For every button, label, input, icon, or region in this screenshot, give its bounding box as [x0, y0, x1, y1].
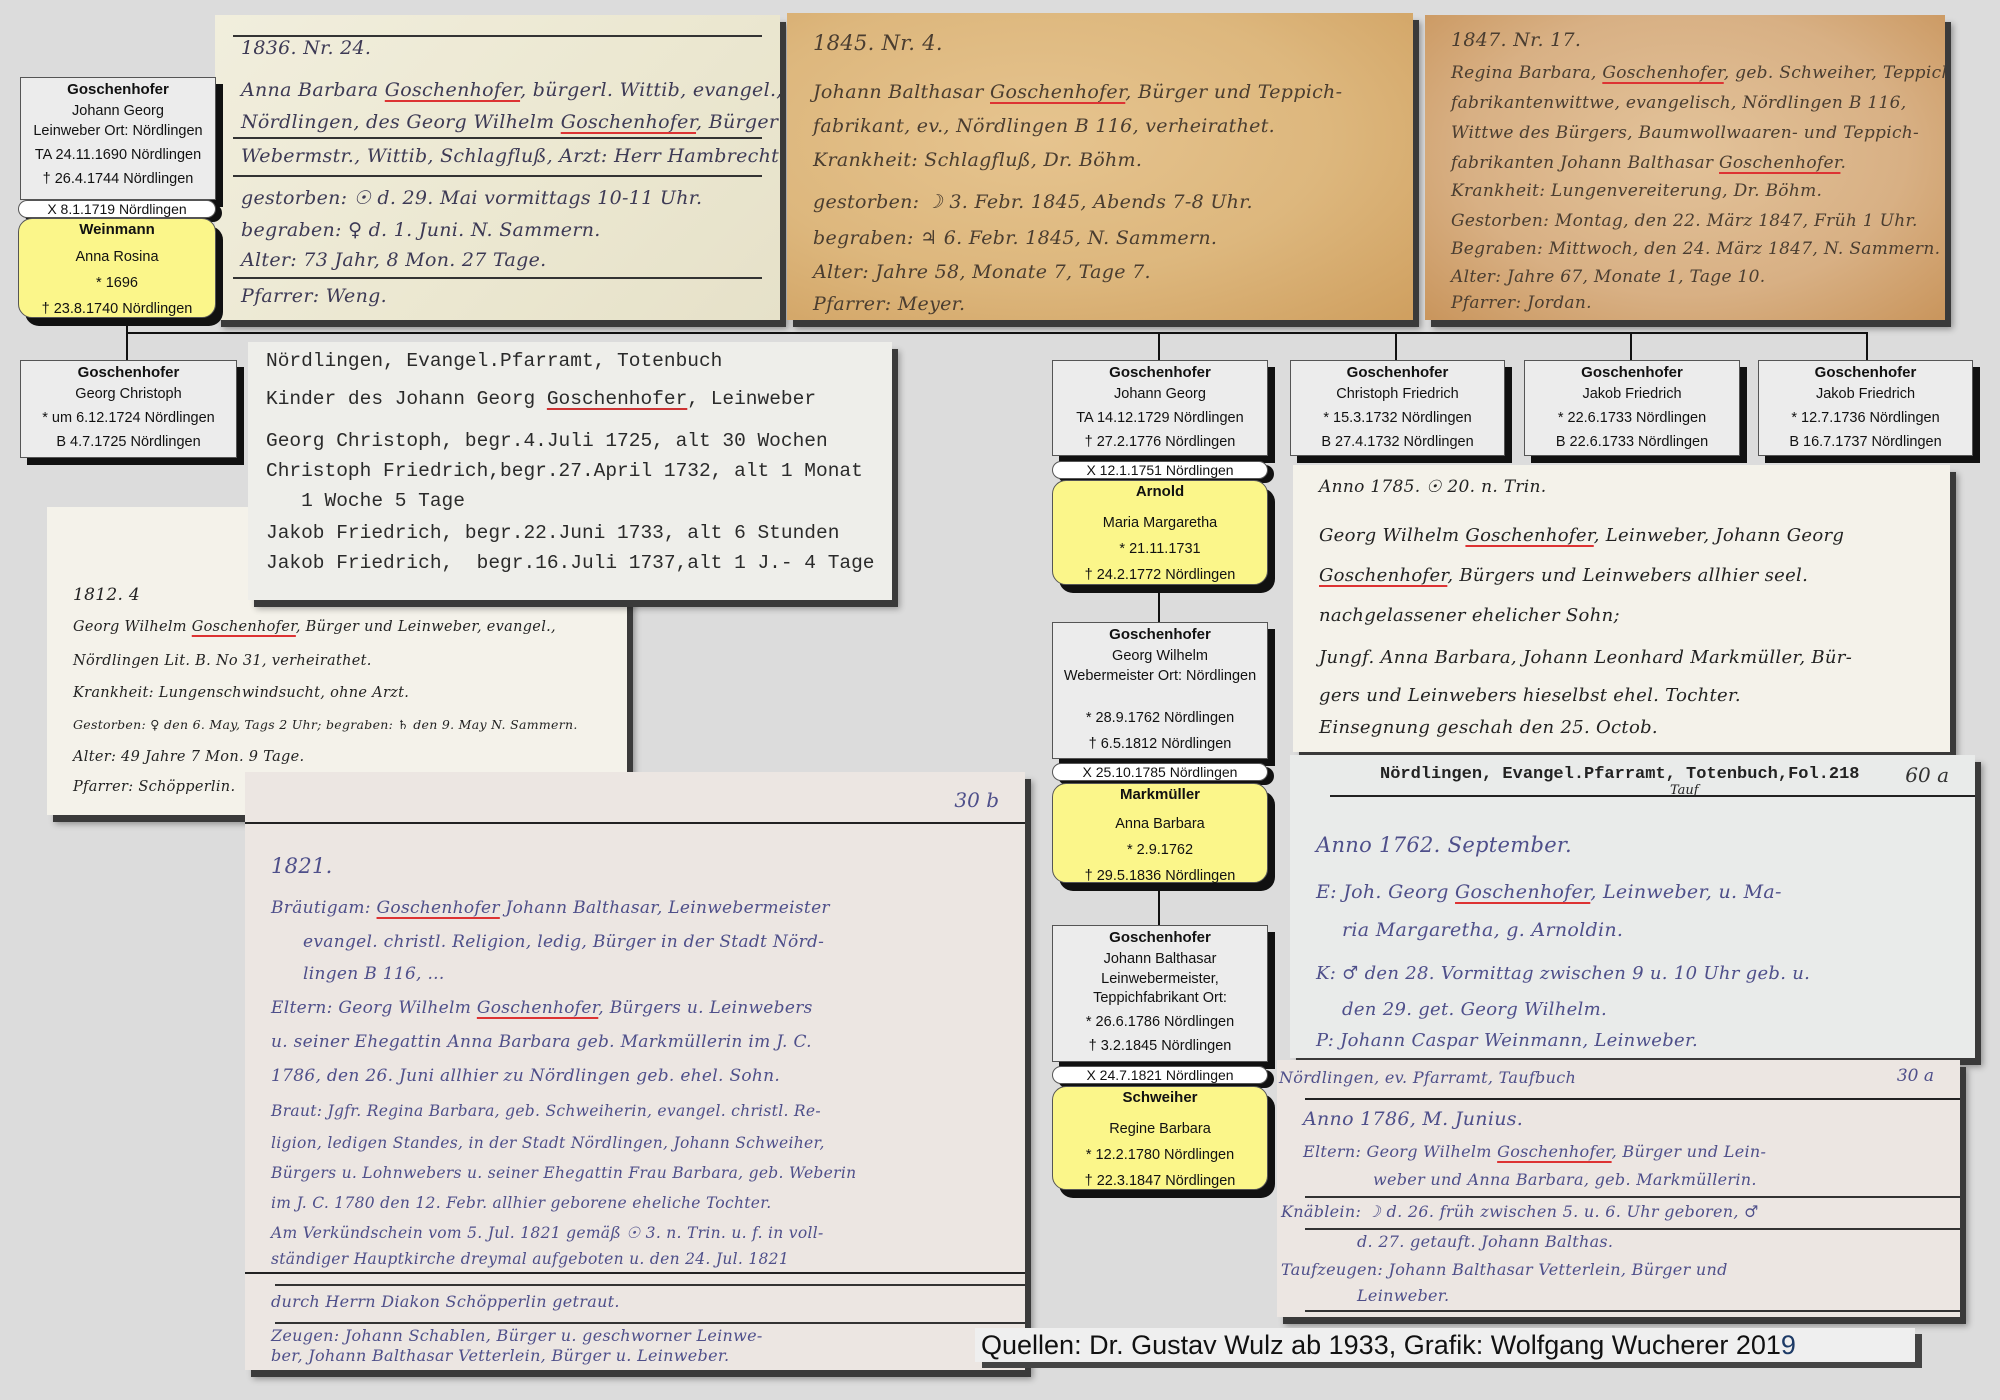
marriage-1821: X 24.7.1821 Nördlingen [1052, 1066, 1268, 1084]
person-johann-georg-1729[interactable]: Goschenhofer Johann Georg TA 14.12.1729 … [1052, 360, 1268, 456]
person-jakob-friedrich-1733[interactable]: Goschenhofer Jakob Friedrich * 22.6.1733… [1524, 360, 1740, 456]
spouse-markmueller-anna-barbara[interactable]: Markmüller Anna Barbara * 2.9.1762 † 29.… [1052, 783, 1268, 883]
document-1762-baptism-record: Nördlingen, Evangel.Pfarramt, Totenbuch,… [1290, 755, 1975, 1058]
person-johann-balthasar[interactable]: Goschenhofer Johann Balthasar Leinweberm… [1052, 925, 1268, 1062]
underlined-surname: Goschenhofer [385, 79, 520, 101]
doc-header: 1836. Nr. 24. [215, 37, 780, 59]
document-1785-marriage-record: Anno 1785. ☉ 20. n. Trin. Georg Wilhelm … [1293, 465, 1950, 752]
document-1836-death-record: 1836. Nr. 24. Anna Barbara Goschenhofer,… [215, 15, 780, 320]
typed-line-prefix: Kinder des Johann Georg [266, 388, 547, 410]
underlined-surname: Goschenhofer [1455, 881, 1590, 903]
underlined-surname: Goschenhofer [1497, 1142, 1611, 1161]
document-1845-death-record: 1845. Nr. 4. Johann Balthasar Goschenhof… [787, 13, 1413, 320]
person-georg-christoph[interactable]: Goschenhofer Georg Christoph * um 6.12.1… [20, 360, 237, 458]
marriage-1751: X 12.1.1751 Nördlingen [1052, 461, 1268, 479]
underlined-surname: Goschenhofer [990, 81, 1125, 103]
connector-children [126, 332, 1867, 334]
marriage-1785: X 25.10.1785 Nördlingen [1052, 763, 1268, 781]
spouse-schweiher-regine-barbara[interactable]: Schweiher Regine Barbara * 12.2.1780 Nör… [1052, 1086, 1268, 1190]
underlined-surname: Goschenhofer [1465, 525, 1593, 546]
marriage-1719: X 8.1.1719 Nördlingen [18, 200, 216, 218]
typed-card-totenbuch: Nördlingen, Evangel.Pfarramt, Totenbuch … [248, 342, 892, 600]
underlined-surname: Goschenhofer [1319, 565, 1447, 586]
underlined-surname: Goschenhofer [1602, 63, 1723, 83]
person-johann-georg-1690[interactable]: Goschenhofer Johann Georg Leinweber Ort:… [20, 77, 216, 200]
underlined-surname: Goschenhofer [561, 111, 696, 133]
person-georg-wilhelm[interactable]: Goschenhofer Georg Wilhelm Webermeister … [1052, 622, 1268, 759]
connector [126, 318, 128, 362]
underlined-surname: Goschenhofer [1719, 153, 1840, 173]
document-1786-baptism-record: Nördlingen, ev. Pfarramt, Taufbuch 30 a … [1277, 1060, 1960, 1317]
person-jakob-friedrich-1736[interactable]: Goschenhofer Jakob Friedrich * 12.7.1736… [1758, 360, 1973, 456]
spouse-weinmann-anna-rosina[interactable]: Weinmann Anna Rosina * 1696 † 23.8.1740 … [18, 218, 216, 318]
sources-credit: Quellen: Dr. Gustav Wulz ab 1933, Grafik… [975, 1328, 1915, 1362]
underlined-surname: Goschenhofer [192, 619, 296, 635]
document-1847-death-record: 1847. Nr. 17. Regina Barbara, Goschenhof… [1425, 15, 1945, 320]
person-christoph-friedrich[interactable]: Goschenhofer Christoph Friedrich * 15.3.… [1290, 360, 1505, 456]
underlined-surname: Goschenhofer [377, 898, 500, 918]
underlined-surname: Goschenhofer [477, 998, 598, 1018]
spouse-arnold-maria-margaretha[interactable]: Arnold Maria Margaretha * 21.11.1731 † 2… [1052, 480, 1268, 585]
document-1821-marriage-record: 30 b 1821. Bräutigam: Goschenhofer Johan… [245, 772, 1025, 1370]
